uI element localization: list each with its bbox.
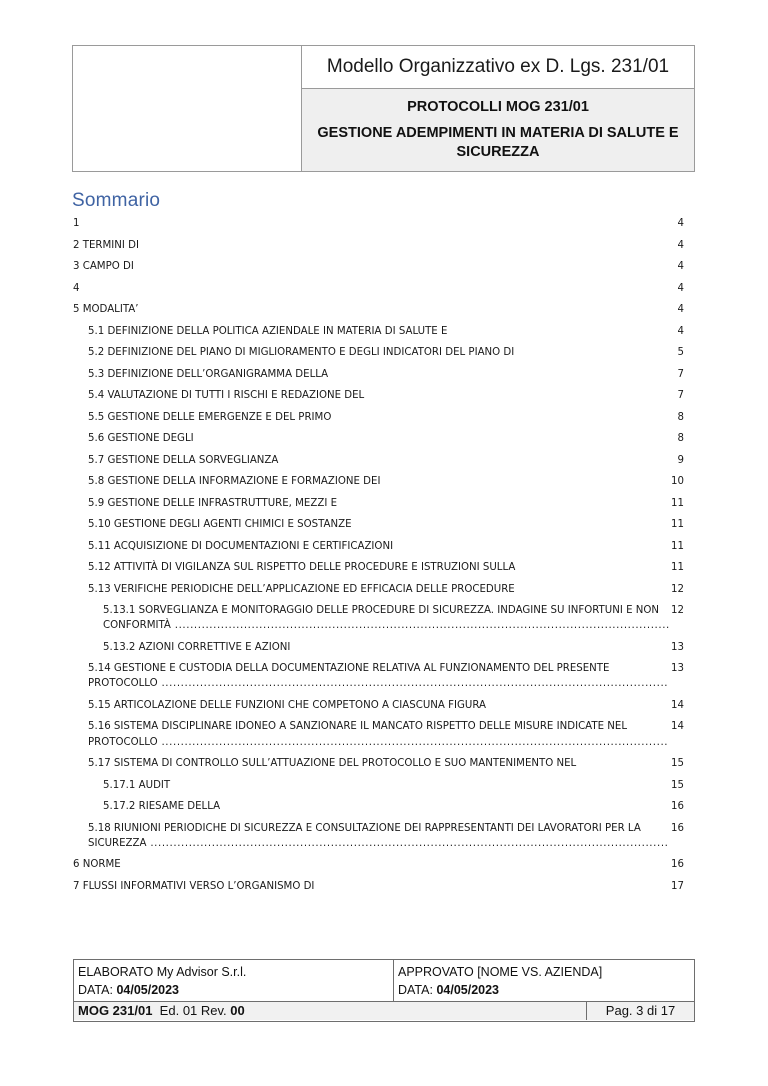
toc-entry-text: 5.10 GESTIONE DEGLI AGENTI CHIMICI E SOS… bbox=[88, 519, 669, 532]
approved-by-cell: APPROVATO [NOME VS. AZIENDA] DATA: 04/05… bbox=[394, 960, 694, 1001]
toc-entry[interactable]: 7 FLUSSI INFORMATIVI VERSO L’ORGANISMO D… bbox=[73, 879, 684, 894]
toc-entry[interactable]: 1 SCOPO4 bbox=[73, 216, 684, 231]
document-footer-table: ELABORATO My Advisor S.r.l. DATA: 04/05/… bbox=[73, 959, 695, 1022]
toc-entry[interactable]: 5.4 VALUTAZIONE DI TUTTI I RISCHI E REDA… bbox=[73, 388, 684, 403]
toc-entry-page: 13 bbox=[669, 640, 684, 655]
toc-entry[interactable]: 5.17.1 AUDIT INTERNO15 bbox=[73, 778, 684, 793]
doc-code: MOG 231/01 bbox=[78, 1003, 152, 1018]
prepared-by: My Advisor S.r.l. bbox=[157, 965, 247, 979]
toc-entry-title[interactable]: 5.16 SISTEMA DISCIPLINARE IDONEO A SANZI… bbox=[88, 719, 669, 749]
header-right: Modello Organizzativo ex D. Lgs. 231/01 … bbox=[302, 46, 694, 171]
revision-label: Rev. bbox=[201, 1003, 227, 1018]
toc-entry-text: 5.13.1 SORVEGLIANZA E MONITORAGGIO DELLE… bbox=[103, 605, 669, 631]
toc-entry-page: 4 bbox=[676, 216, 684, 231]
toc-entry-text: 5.7 GESTIONE DELLA SORVEGLIANZA SANITARI… bbox=[88, 455, 676, 468]
toc-entry-page: 17 bbox=[669, 879, 684, 894]
toc-entry-page: 4 bbox=[676, 324, 684, 339]
toc-entry-title[interactable]: 5.9 GESTIONE DELLE INFRASTRUTTURE, MEZZI… bbox=[88, 496, 669, 511]
toc-entry-title[interactable]: 5.1 DEFINIZIONE DELLA POLITICA AZIENDALE… bbox=[88, 324, 676, 339]
toc-entry-text: 2 TERMINI DI VALIDITA’ bbox=[73, 240, 676, 253]
toc-entry-text: 3 CAMPO DI APPLICAZIONE bbox=[73, 261, 676, 274]
toc-entry-page: 12 bbox=[669, 582, 684, 597]
toc-entry[interactable]: 5.10 GESTIONE DEGLI AGENTI CHIMICI E SOS… bbox=[73, 517, 684, 532]
toc-entry[interactable]: 5.17 SISTEMA DI CONTROLLO SULL’ATTUAZION… bbox=[73, 756, 684, 771]
toc-entry-text: 5.15 ARTICOLAZIONE DELLE FUNZIONI CHE CO… bbox=[88, 700, 669, 713]
toc-entry-text: 5.9 GESTIONE DELLE INFRASTRUTTURE, MEZZI… bbox=[88, 498, 669, 511]
protocol-label: PROTOCOLLI MOG 231/01 bbox=[302, 99, 694, 115]
toc-entry-title[interactable]: 5.13 VERIFICHE PERIODICHE DELL’APPLICAZI… bbox=[88, 582, 669, 597]
page-number: Pag. 3 di 17 bbox=[587, 1002, 694, 1020]
toc-entry-page: 9 bbox=[676, 453, 684, 468]
toc-entry-page: 11 bbox=[669, 539, 684, 554]
toc-entry-text: 5.1 DEFINIZIONE DELLA POLITICA AZIENDALE… bbox=[88, 326, 676, 339]
revision: 00 bbox=[230, 1003, 244, 1018]
toc-entry-page: 5 bbox=[676, 345, 684, 360]
toc-entry-text: 5 MODALITA’ OPERATIVE bbox=[73, 304, 676, 317]
toc-entry[interactable]: 5 MODALITA’ OPERATIVE4 bbox=[73, 302, 684, 317]
toc-entry[interactable]: 5.7 GESTIONE DELLA SORVEGLIANZA SANITARI… bbox=[73, 453, 684, 468]
protocol-subject: GESTIONE ADEMPIMENTI IN MATERIA DI SALUT… bbox=[302, 124, 694, 162]
toc-entry-page: 10 bbox=[669, 474, 684, 489]
toc-entry[interactable]: 5.18 RIUNIONI PERIODICHE DI SICUREZZA E … bbox=[73, 821, 684, 851]
toc-entry-page: 7 bbox=[676, 388, 684, 403]
toc-entry-title[interactable]: 6 NORME COMPORTAMENTALI bbox=[73, 857, 669, 872]
toc-entry-title[interactable]: 5.13.1 SORVEGLIANZA E MONITORAGGIO DELLE… bbox=[103, 603, 669, 633]
logo-cell bbox=[73, 46, 302, 171]
document-title: Modello Organizzativo ex D. Lgs. 231/01 bbox=[302, 46, 694, 89]
toc-heading: Sommario bbox=[72, 190, 160, 212]
toc-entry[interactable]: 6 NORME COMPORTAMENTALI16 bbox=[73, 857, 684, 872]
approved-date: 04/05/2023 bbox=[436, 983, 499, 997]
toc-entry-title[interactable]: 5.14 GESTIONE E CUSTODIA DELLA DOCUMENTA… bbox=[88, 661, 669, 691]
toc-entry-page: 16 bbox=[669, 821, 684, 851]
toc-entry-text: 5.6 GESTIONE DEGLI APPALTI bbox=[88, 433, 676, 446]
toc-entry-title[interactable]: 5.6 GESTIONE DEGLI APPALTI bbox=[88, 431, 676, 446]
toc-entry-text: 5.13.2 AZIONI CORRETTIVE E AZIONI PREVEN… bbox=[103, 642, 669, 655]
toc-entry-page: 4 bbox=[676, 238, 684, 253]
protocol-subtitle-cell: PROTOCOLLI MOG 231/01 GESTIONE ADEMPIMEN… bbox=[302, 89, 694, 171]
toc-entry-title[interactable]: 5.2 DEFINIZIONE DEL PIANO DI MIGLIORAMEN… bbox=[88, 345, 676, 360]
toc-entry-title[interactable]: 5.7 GESTIONE DELLA SORVEGLIANZA SANITARI… bbox=[88, 453, 676, 468]
prepared-by-cell: ELABORATO My Advisor S.r.l. DATA: 04/05/… bbox=[74, 960, 394, 1001]
edition-label: Ed. bbox=[160, 1003, 180, 1018]
toc-entry-page: 15 bbox=[669, 756, 684, 771]
toc-entry-text: 5.17 SISTEMA DI CONTROLLO SULL’ATTUAZION… bbox=[88, 758, 669, 771]
toc-entry-page: 14 bbox=[669, 698, 684, 713]
toc-entry[interactable]: 5.14 GESTIONE E CUSTODIA DELLA DOCUMENTA… bbox=[73, 661, 684, 691]
toc-entry-text: 4 RESPOSABILITA’ bbox=[73, 283, 676, 296]
toc-entry[interactable]: 5.5 GESTIONE DELLE EMERGENZE E DEL PRIMO… bbox=[73, 410, 684, 425]
toc-entry-text: 5.14 GESTIONE E CUSTODIA DELLA DOCUMENTA… bbox=[88, 663, 669, 689]
toc-entry[interactable]: 5.1 DEFINIZIONE DELLA POLITICA AZIENDALE… bbox=[73, 324, 684, 339]
toc-entry-page: 14 bbox=[669, 719, 684, 749]
toc-entry-title[interactable]: 3 CAMPO DI APPLICAZIONE bbox=[73, 259, 676, 274]
date-label: DATA: bbox=[398, 983, 433, 997]
toc-entry-title[interactable]: 5 MODALITA’ OPERATIVE bbox=[73, 302, 676, 317]
doc-code-cell: MOG 231/01 Ed. 01 Rev. 00 bbox=[74, 1002, 587, 1020]
toc-entry[interactable]: 3 CAMPO DI APPLICAZIONE4 bbox=[73, 259, 684, 274]
toc-entry-page: 11 bbox=[669, 517, 684, 532]
toc-entry-title[interactable]: 7 FLUSSI INFORMATIVI VERSO L’ORGANISMO D… bbox=[73, 879, 669, 894]
toc-entry-page: 12 bbox=[669, 603, 684, 633]
toc-entry-text: 5.2 DEFINIZIONE DEL PIANO DI MIGLIORAMEN… bbox=[88, 347, 676, 360]
toc-entry[interactable]: 5.12 ATTIVITÀ DI VIGILANZA SUL RISPETTO … bbox=[73, 560, 684, 575]
edition: 01 bbox=[183, 1003, 197, 1018]
toc-entry-page: 11 bbox=[669, 496, 684, 511]
toc-entry-title[interactable]: 5.17.1 AUDIT INTERNO bbox=[103, 778, 669, 793]
prepared-label: ELABORATO bbox=[78, 965, 153, 979]
toc-entry-text: 5.3 DEFINIZIONE DELL’ORGANIGRAMMA DELLA … bbox=[88, 369, 676, 382]
toc-entry-title[interactable]: 5.8 GESTIONE DELLA INFORMAZIONE E FORMAZ… bbox=[88, 474, 669, 489]
toc-entry[interactable]: 5.2 DEFINIZIONE DEL PIANO DI MIGLIORAMEN… bbox=[73, 345, 684, 360]
toc-entry[interactable]: 5.9 GESTIONE DELLE INFRASTRUTTURE, MEZZI… bbox=[73, 496, 684, 511]
table-of-contents: 1 SCOPO42 TERMINI DI VALIDITA’43 CAMPO D… bbox=[73, 216, 684, 900]
toc-entry-page: 16 bbox=[669, 857, 684, 872]
toc-entry-page: 11 bbox=[669, 560, 684, 575]
toc-entry-title[interactable]: 4 RESPOSABILITA’ bbox=[73, 281, 676, 296]
toc-entry-title[interactable]: 5.4 VALUTAZIONE DI TUTTI I RISCHI E REDA… bbox=[88, 388, 676, 403]
toc-entry-text: 5.4 VALUTAZIONE DI TUTTI I RISCHI E REDA… bbox=[88, 390, 676, 403]
prepared-date: 04/05/2023 bbox=[116, 983, 179, 997]
toc-entry-title[interactable]: 5.12 ATTIVITÀ DI VIGILANZA SUL RISPETTO … bbox=[88, 560, 669, 575]
toc-entry[interactable]: 5.3 DEFINIZIONE DELL’ORGANIGRAMMA DELLA … bbox=[73, 367, 684, 382]
toc-entry-title[interactable]: 5.10 GESTIONE DEGLI AGENTI CHIMICI E SOS… bbox=[88, 517, 669, 532]
toc-entry-title[interactable]: 5.3 DEFINIZIONE DELL’ORGANIGRAMMA DELLA … bbox=[88, 367, 676, 382]
toc-entry-text: 5.17.1 AUDIT INTERNO bbox=[103, 780, 669, 793]
toc-entry-page: 7 bbox=[676, 367, 684, 382]
toc-entry-text: 5.8 GESTIONE DELLA INFORMAZIONE E FORMAZ… bbox=[88, 476, 669, 489]
toc-entry-page: 15 bbox=[669, 778, 684, 793]
toc-entry[interactable]: 5.6 GESTIONE DEGLI APPALTI8 bbox=[73, 431, 684, 446]
toc-entry-text: 1 SCOPO bbox=[73, 218, 676, 231]
toc-entry-text: 5.5 GESTIONE DELLE EMERGENZE E DEL PRIMO… bbox=[88, 412, 676, 425]
document-header-table: Modello Organizzativo ex D. Lgs. 231/01 … bbox=[72, 45, 695, 172]
toc-entry-text: 5.18 RIUNIONI PERIODICHE DI SICUREZZA E … bbox=[88, 823, 669, 849]
toc-entry-text: 7 FLUSSI INFORMATIVI VERSO L’ORGANISMO D… bbox=[73, 881, 669, 894]
toc-entry[interactable]: 5.8 GESTIONE DELLA INFORMAZIONE E FORMAZ… bbox=[73, 474, 684, 489]
toc-entry-page: 8 bbox=[676, 431, 684, 446]
toc-entry-page: 4 bbox=[676, 259, 684, 274]
toc-entry[interactable]: 5.17.2 RIESAME DELLA DIREZIONE16 bbox=[73, 799, 684, 814]
toc-entry[interactable]: 4 RESPOSABILITA’4 bbox=[73, 281, 684, 296]
approved-by: [NOME VS. AZIENDA] bbox=[477, 965, 602, 979]
toc-entry-title[interactable]: 5.5 GESTIONE DELLE EMERGENZE E DEL PRIMO… bbox=[88, 410, 676, 425]
toc-entry[interactable]: 5.13.2 AZIONI CORRETTIVE E AZIONI PREVEN… bbox=[73, 640, 684, 655]
toc-entry-page: 16 bbox=[669, 799, 684, 814]
toc-entry-text: 5.17.2 RIESAME DELLA DIREZIONE bbox=[103, 801, 669, 814]
toc-entry-page: 4 bbox=[676, 302, 684, 317]
toc-entry-title[interactable]: 5.15 ARTICOLAZIONE DELLE FUNZIONI CHE CO… bbox=[88, 698, 669, 713]
toc-entry-title[interactable]: 2 TERMINI DI VALIDITA’ bbox=[73, 238, 676, 253]
approved-label: APPROVATO bbox=[398, 965, 474, 979]
date-label: DATA: bbox=[78, 983, 113, 997]
toc-entry[interactable]: 5.15 ARTICOLAZIONE DELLE FUNZIONI CHE CO… bbox=[73, 698, 684, 713]
toc-entry-text: 5.11 ACQUISIZIONE DI DOCUMENTAZIONI E CE… bbox=[88, 541, 669, 554]
toc-entry-text: 5.16 SISTEMA DISCIPLINARE IDONEO A SANZI… bbox=[88, 721, 669, 747]
toc-entry-title[interactable]: 5.17.2 RIESAME DELLA DIREZIONE bbox=[103, 799, 669, 814]
toc-entry-page: 13 bbox=[669, 661, 684, 691]
toc-entry[interactable]: 2 TERMINI DI VALIDITA’4 bbox=[73, 238, 684, 253]
toc-entry-title[interactable]: 5.11 ACQUISIZIONE DI DOCUMENTAZIONI E CE… bbox=[88, 539, 669, 554]
toc-entry-page: 8 bbox=[676, 410, 684, 425]
toc-entry-title[interactable]: 5.18 RIUNIONI PERIODICHE DI SICUREZZA E … bbox=[88, 821, 669, 851]
toc-entry-text: 6 NORME COMPORTAMENTALI bbox=[73, 859, 669, 872]
toc-entry[interactable]: 5.13.1 SORVEGLIANZA E MONITORAGGIO DELLE… bbox=[73, 603, 684, 633]
toc-entry-title[interactable]: 5.13.2 AZIONI CORRETTIVE E AZIONI PREVEN… bbox=[103, 640, 669, 655]
toc-entry-text: 5.13 VERIFICHE PERIODICHE DELL’APPLICAZI… bbox=[88, 584, 669, 597]
toc-entry-title[interactable]: 1 SCOPO bbox=[73, 216, 676, 231]
toc-entry[interactable]: 5.16 SISTEMA DISCIPLINARE IDONEO A SANZI… bbox=[73, 719, 684, 749]
toc-entry[interactable]: 5.13 VERIFICHE PERIODICHE DELL’APPLICAZI… bbox=[73, 582, 684, 597]
toc-entry-text: 5.12 ATTIVITÀ DI VIGILANZA SUL RISPETTO … bbox=[88, 562, 669, 575]
toc-entry-page: 4 bbox=[676, 281, 684, 296]
toc-entry-title[interactable]: 5.17 SISTEMA DI CONTROLLO SULL’ATTUAZION… bbox=[88, 756, 669, 771]
toc-entry[interactable]: 5.11 ACQUISIZIONE DI DOCUMENTAZIONI E CE… bbox=[73, 539, 684, 554]
